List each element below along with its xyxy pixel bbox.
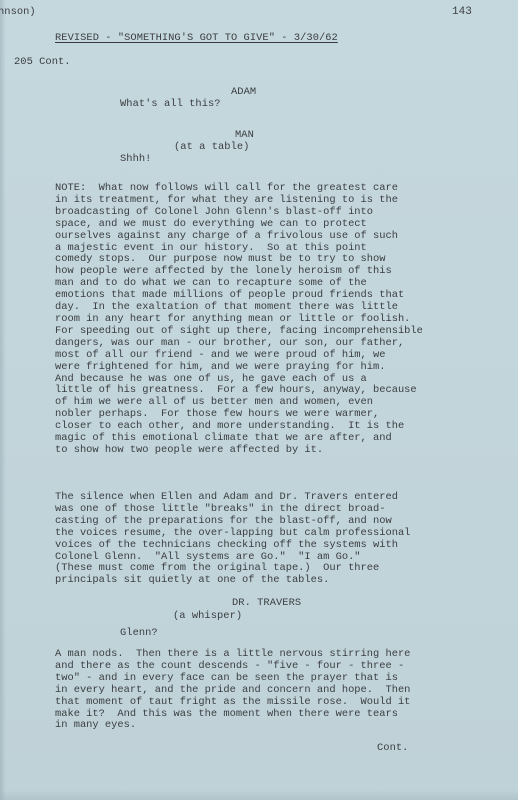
script-page: hnson) 143 REVISED - "SOMETHING'S GOT TO… bbox=[0, 0, 518, 800]
text-line: two" - and in every face can be seen the… bbox=[55, 673, 515, 685]
scene-number: 205 Cont. bbox=[14, 56, 71, 68]
text-line: voices of the technicians checking off t… bbox=[55, 540, 515, 552]
dialogue-line: Shhh! bbox=[120, 153, 151, 165]
text-line: broadcasting of Colonel John Glenn's bla… bbox=[55, 207, 515, 219]
final-paragraph: A man nods. Then there is a little nervo… bbox=[55, 649, 515, 732]
text-line: space, and we must do everything we can … bbox=[55, 219, 515, 231]
text-line: principals sit quietly at one of the tab… bbox=[55, 575, 515, 587]
character-name-adam: ADAM bbox=[231, 86, 256, 98]
character-name-dr-travers: DR. TRAVERS bbox=[232, 597, 301, 609]
text-line: ourselves against any charge of a frivol… bbox=[55, 231, 515, 243]
text-line: in many eyes. bbox=[55, 720, 515, 732]
text-line: the voices resume, the over-lapping but … bbox=[55, 528, 515, 540]
text-line: in every heart, and the pride and concer… bbox=[55, 685, 515, 697]
text-line: most of all our friend - and we were pro… bbox=[55, 350, 515, 362]
text-line: For speeding out of sight up there, faci… bbox=[55, 326, 515, 338]
text-line: to show how two people were affected by … bbox=[55, 445, 515, 457]
text-line: dangers, was our man - our brother, our … bbox=[55, 338, 515, 350]
parenthetical: (at a table) bbox=[174, 141, 249, 153]
note-paragraph: NOTE: What now follows will call for the… bbox=[55, 183, 515, 457]
page-edge-shadow bbox=[0, 0, 6, 800]
page-bottom-shadow bbox=[0, 790, 518, 800]
header-left-fragment: hnson) bbox=[0, 6, 36, 18]
text-line: were frightened for him, and we were pra… bbox=[55, 362, 515, 374]
text-line: that moment of taut fright as the missil… bbox=[55, 697, 515, 709]
continued-marker: Cont. bbox=[377, 742, 408, 754]
parenthetical: (a whisper) bbox=[173, 610, 242, 622]
character-name-man: MAN bbox=[235, 129, 254, 141]
revision-title: REVISED - "SOMETHING'S GOT TO GIVE" - 3/… bbox=[55, 32, 338, 44]
dialogue-line: Glenn? bbox=[120, 627, 158, 639]
text-line: casting of the preparations for the blas… bbox=[55, 516, 515, 528]
page-number: 143 bbox=[452, 6, 472, 18]
dialogue-line: What's all this? bbox=[120, 98, 221, 110]
silence-paragraph: The silence when Ellen and Adam and Dr. … bbox=[55, 492, 515, 587]
